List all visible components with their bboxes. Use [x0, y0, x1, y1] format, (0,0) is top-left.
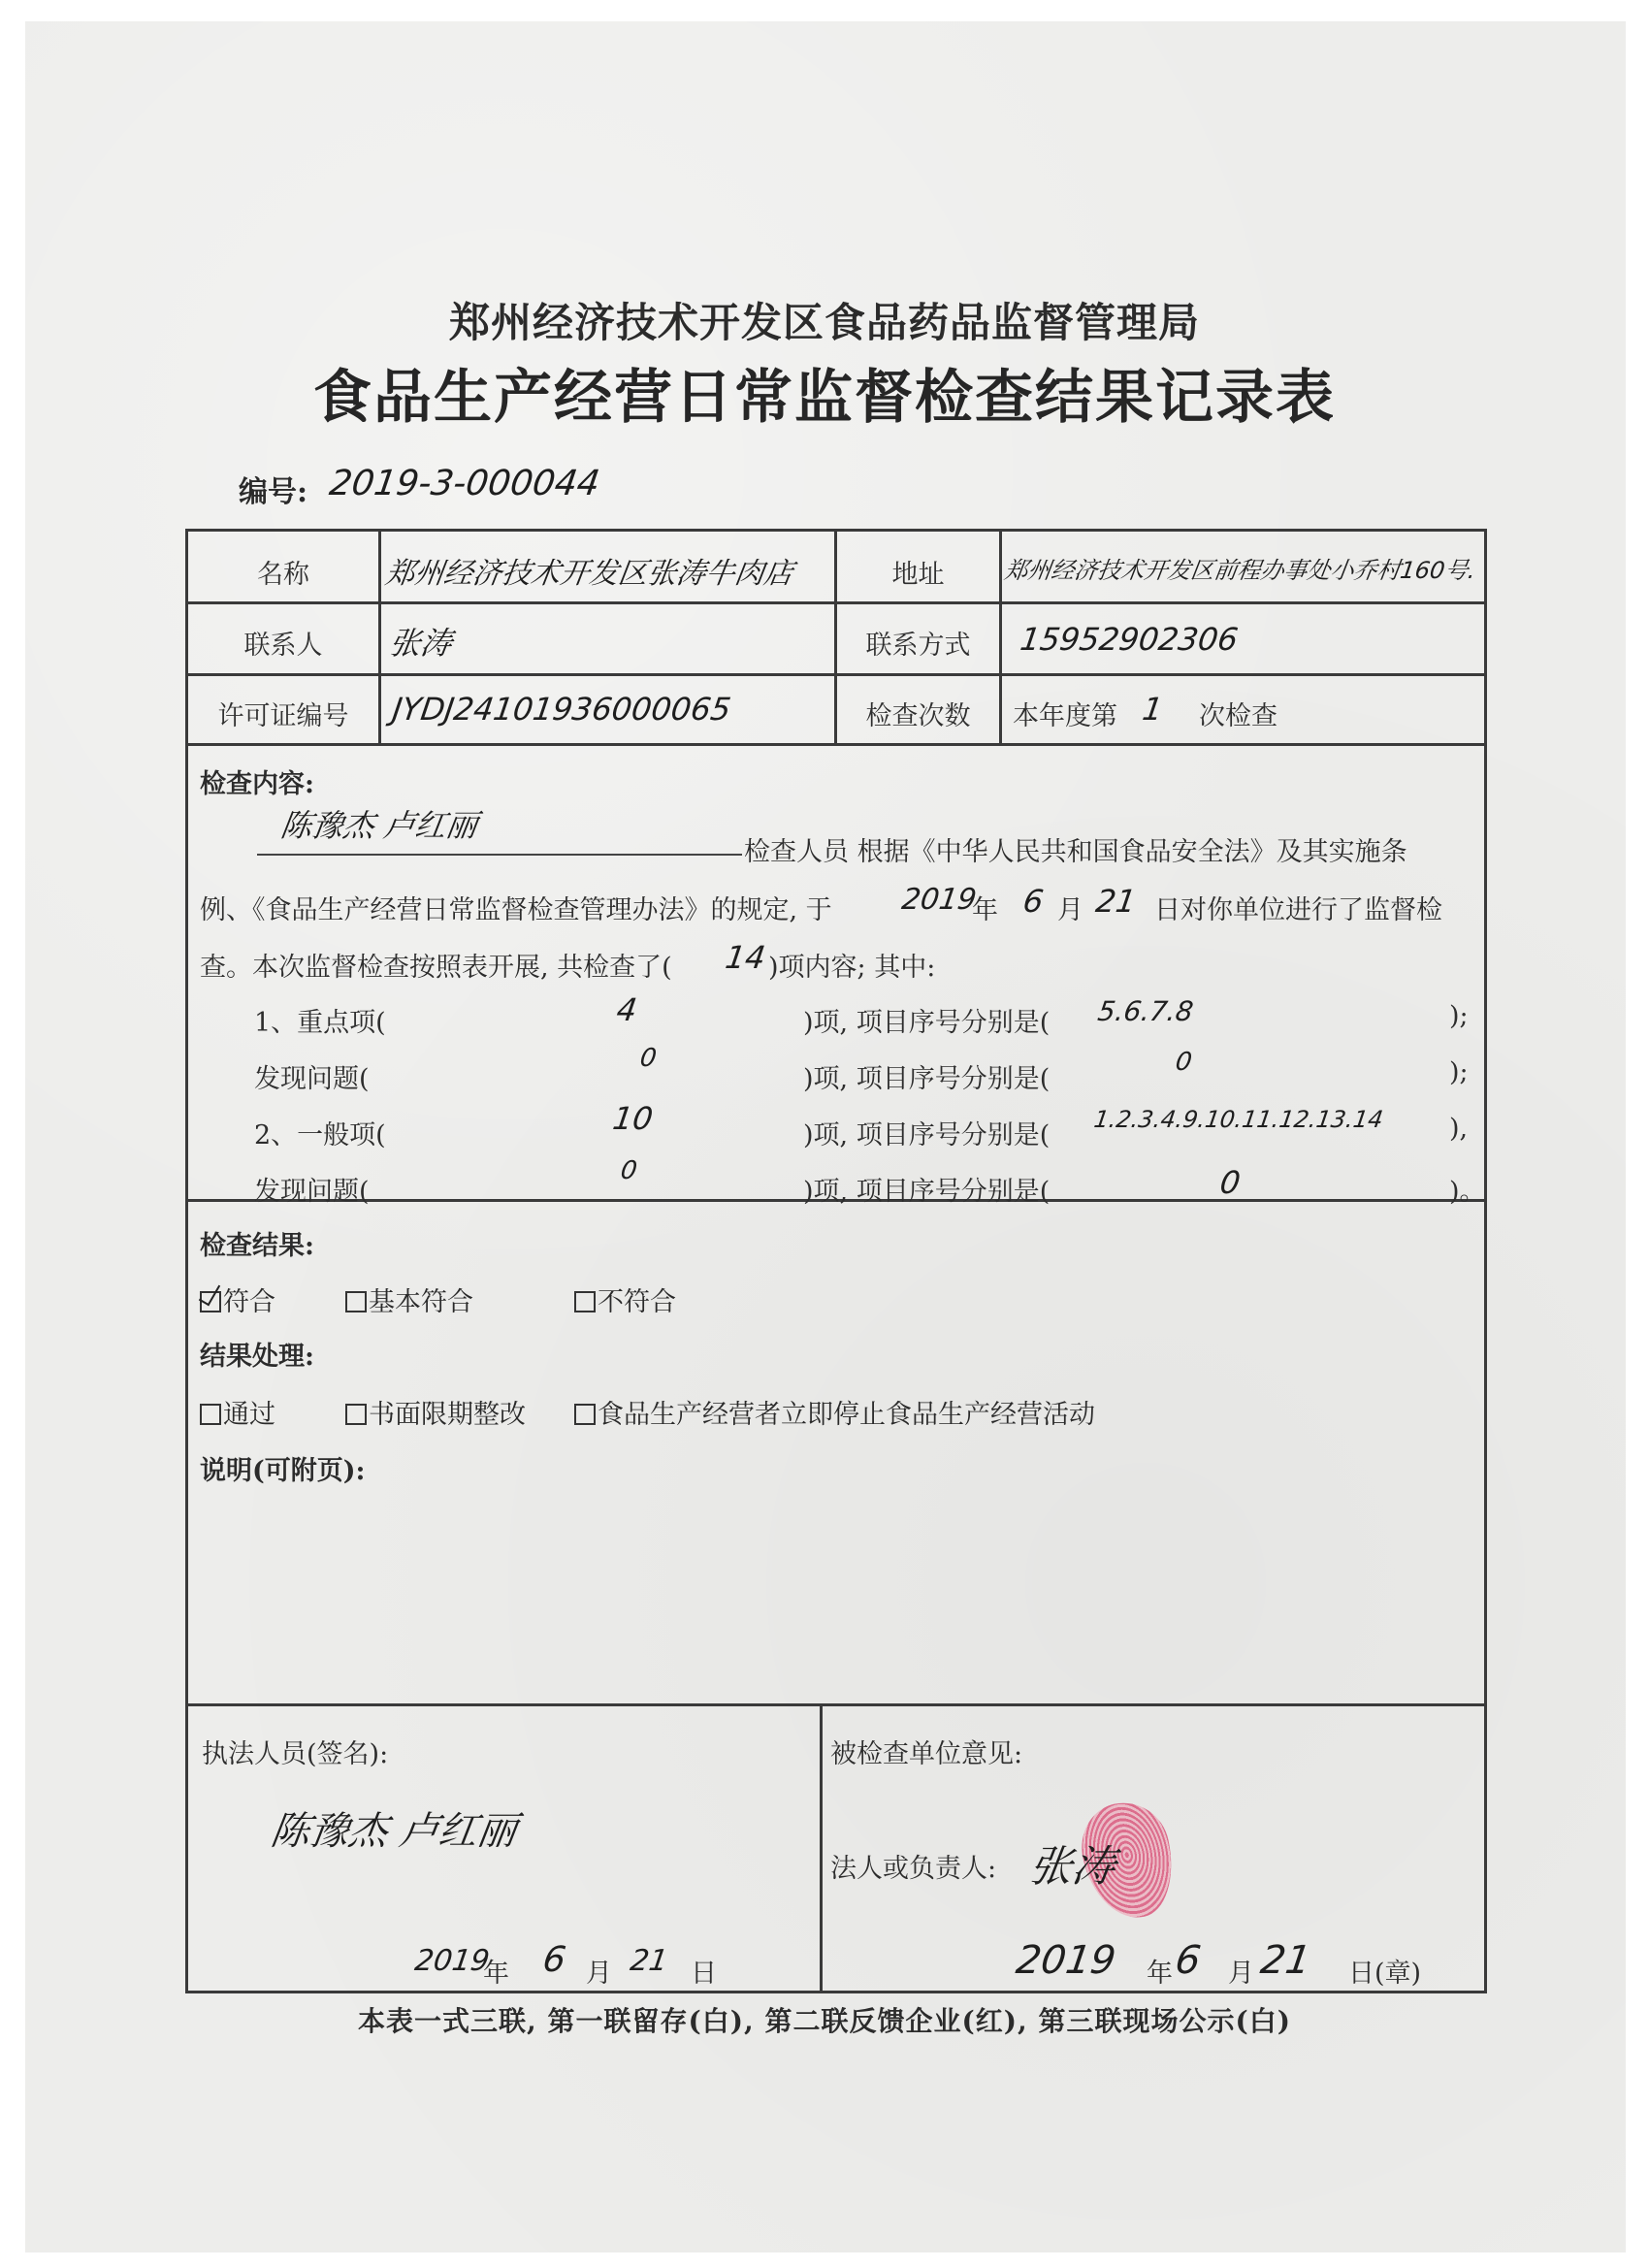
table-col-divider — [378, 529, 381, 746]
inspection-count-prefix: 本年度第 — [1013, 695, 1117, 732]
option-label: 通过 — [223, 1400, 275, 1430]
handling-option-pass[interactable]: 通过 — [200, 1393, 275, 1431]
option-label: 不符合 — [598, 1287, 676, 1317]
name-label: 名称 — [188, 553, 378, 591]
officer-date-day[interactable]: 21 — [629, 1944, 670, 1978]
item-row-label: 2、一般项( — [254, 1114, 386, 1151]
table-border-left — [185, 529, 188, 1993]
inspection-year-field[interactable]: 2019 — [900, 883, 979, 917]
item-row-end: ); — [1449, 1057, 1469, 1087]
content-line-3b: )项内容; 其中: — [768, 946, 935, 984]
result-option-compliant[interactable]: 符合 — [200, 1280, 275, 1318]
name-field[interactable]: 郑州经济技术开发区张涛牛肉店 — [383, 549, 796, 592]
officer-signatures[interactable]: 陈豫杰 卢红丽 — [268, 1800, 521, 1856]
checkbox-icon[interactable] — [574, 1291, 596, 1312]
item-row-end: ); — [1449, 1001, 1469, 1031]
month-suffix: 月 — [1057, 889, 1083, 926]
handling-option-stop-operations[interactable]: 食品生产经营者立即停止食品生产经营活动 — [574, 1393, 1095, 1431]
result-option-basically-compliant[interactable]: 基本符合 — [345, 1280, 473, 1318]
inspection-count-label: 检查次数 — [837, 695, 999, 732]
unit-date-day[interactable]: 21 — [1258, 1938, 1313, 1983]
officer-signature-label: 执法人员(签名): — [202, 1733, 388, 1770]
option-label: 符合 — [223, 1287, 275, 1317]
phone-label: 联系方式 — [837, 624, 999, 662]
officer-date-day-suffix: 日 — [691, 1952, 717, 1990]
table-border-bottom — [185, 1991, 1487, 1993]
inspection-day-field[interactable]: 21 — [1093, 883, 1138, 920]
address-field[interactable]: 郑州经济技术开发区前程办事处小乔村160号. — [1003, 551, 1478, 585]
unit-date-year[interactable]: 2019 — [1014, 1938, 1118, 1983]
checkbox-icon[interactable] — [574, 1404, 596, 1425]
item-row-mid: )项, 项目序号分别是( — [803, 1114, 1050, 1151]
checkbox-icon[interactable] — [345, 1291, 367, 1312]
checkbox-checked-icon[interactable] — [200, 1291, 221, 1312]
form-title: 食品生产经营日常监督检查结果记录表 — [0, 351, 1649, 435]
license-number-field[interactable]: JYDJ24101936000065 — [390, 691, 732, 728]
content-line-3a: 查。本次监督检查按照表开展, 共检查了( — [200, 946, 672, 984]
option-label: 基本符合 — [369, 1287, 473, 1317]
signature-col-divider — [820, 1703, 823, 1993]
unit-date-year-suffix: 年 — [1147, 1952, 1173, 1990]
organization-title: 郑州经济技术开发区食品药品监督管理局 — [0, 291, 1649, 349]
result-option-non-compliant[interactable]: 不符合 — [574, 1280, 676, 1318]
table-col-divider — [999, 529, 1002, 746]
content-line-2a: 例、《食品生产经营日常监督检查管理办法》的规定, 于 — [200, 889, 832, 926]
result-heading: 检查结果: — [200, 1224, 314, 1262]
item-row-mid: )项, 项目序号分别是( — [803, 1001, 1050, 1039]
section-divider — [185, 1703, 1487, 1706]
item-row-end: ), — [1449, 1114, 1468, 1144]
officer-date-month-suffix: 月 — [586, 1952, 612, 1990]
inspectors-underline — [257, 854, 742, 856]
item-row-label: 1、重点项( — [254, 1001, 386, 1039]
handling-heading: 结果处理: — [200, 1335, 314, 1373]
officer-date-year[interactable]: 2019 — [413, 1944, 492, 1978]
table-border-right — [1484, 529, 1487, 1993]
representative-signature[interactable]: 张涛 — [1026, 1831, 1120, 1894]
notes-field[interactable] — [200, 1494, 1471, 1688]
item-row-serials[interactable]: 1.2.3.4.9.10.11.12.13.14 — [1092, 1106, 1385, 1133]
phone-field[interactable]: 15952902306 — [1018, 621, 1240, 658]
option-label: 食品生产经营者立即停止食品生产经营活动 — [598, 1400, 1095, 1430]
checkbox-icon[interactable] — [345, 1404, 367, 1425]
total-items-field[interactable]: 14 — [723, 939, 767, 976]
item-row-mid: )项, 项目序号分别是( — [803, 1170, 1050, 1208]
serial-number-value[interactable]: 2019-3-000044 — [327, 464, 602, 503]
item-row-end: )。 — [1449, 1170, 1486, 1208]
unit-opinion-label: 被检查单位意见: — [830, 1733, 1022, 1770]
option-label: 书面限期整改 — [369, 1400, 526, 1430]
item-row-count[interactable]: 10 — [610, 1100, 655, 1137]
license-number-label: 许可证编号 — [188, 695, 378, 732]
content-line-1: 检查人员 根据《中华人民共和国食品安全法》及其实施条 — [744, 830, 1407, 868]
inspection-content-heading: 检查内容: — [200, 762, 314, 800]
item-row-label: 发现问题( — [254, 1170, 370, 1208]
unit-date-month-suffix: 月 — [1228, 1952, 1254, 1990]
copies-footnote: 本表一式三联, 第一联留存(白), 第二联反馈企业(红), 第三联现场公示(白) — [0, 2000, 1649, 2039]
inspection-count-suffix: 次检查 — [1199, 695, 1277, 732]
handling-option-rectify[interactable]: 书面限期整改 — [345, 1393, 526, 1431]
notes-heading: 说明(可附页): — [200, 1449, 366, 1487]
content-line-2b: 日对你单位进行了监督检 — [1154, 889, 1442, 926]
checkbox-icon[interactable] — [200, 1404, 221, 1425]
item-row-serials[interactable]: 5.6.7.8 — [1096, 995, 1196, 1027]
representative-label: 法人或负责人: — [830, 1847, 996, 1885]
year-suffix: 年 — [972, 889, 998, 926]
contact-person-label: 联系人 — [188, 624, 378, 662]
address-label: 地址 — [837, 553, 999, 591]
officer-date-year-suffix: 年 — [483, 1952, 509, 1990]
inspectors-field[interactable]: 陈豫杰 卢红丽 — [278, 801, 481, 846]
item-row-label: 发现问题( — [254, 1057, 370, 1095]
item-row-mid: )项, 项目序号分别是( — [803, 1057, 1050, 1095]
serial-number-label: 编号: — [239, 468, 307, 510]
unit-date-day-suffix: 日(章) — [1348, 1952, 1421, 1990]
contact-person-field[interactable]: 张涛 — [387, 619, 455, 664]
